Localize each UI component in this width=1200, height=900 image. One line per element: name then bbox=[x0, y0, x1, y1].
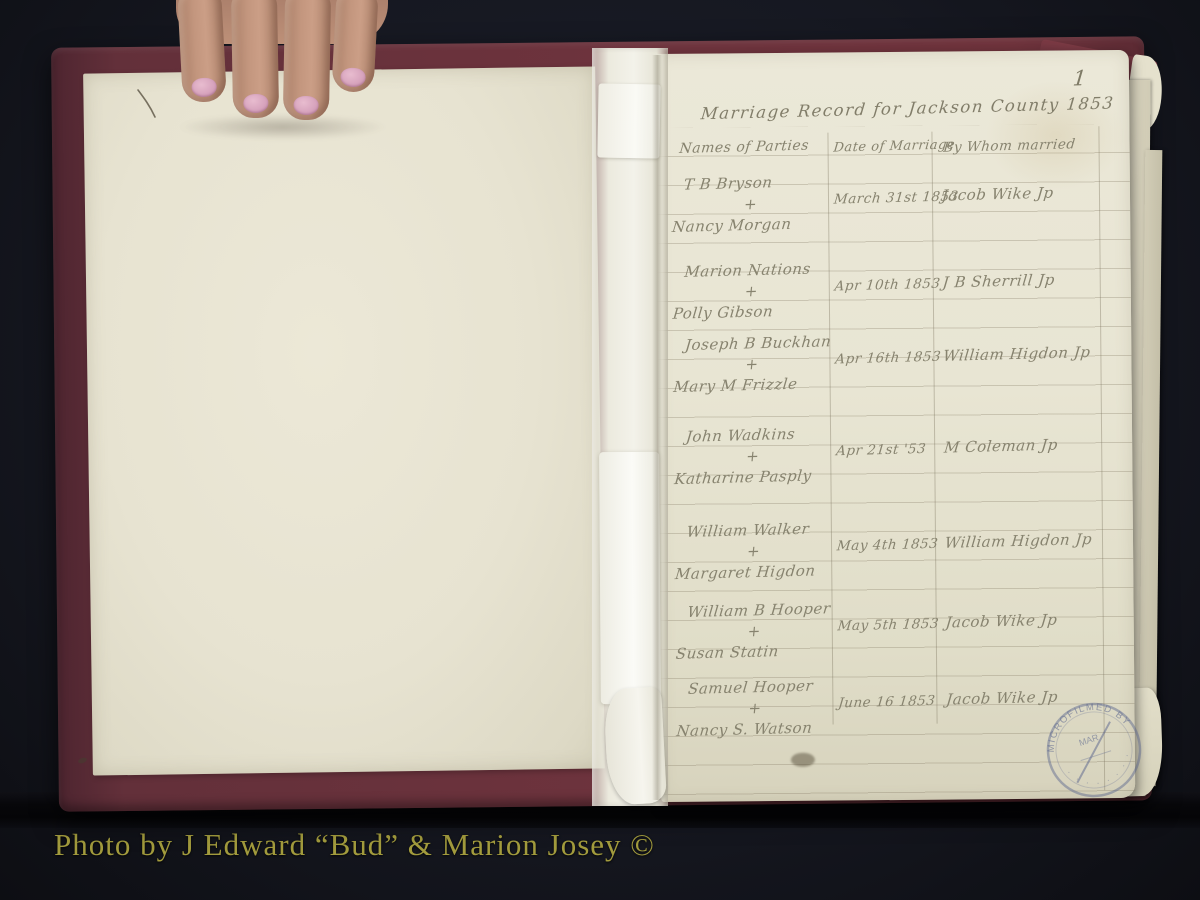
officiant-name: J B Sherrill Jp bbox=[942, 271, 1056, 292]
officiant-name: M Coleman Jp bbox=[943, 436, 1058, 457]
groom-name: Samuel Hooper bbox=[687, 677, 814, 698]
fingernail bbox=[191, 77, 217, 97]
marriage-date: June 16 1853 bbox=[838, 693, 937, 712]
finger bbox=[283, 0, 331, 120]
photo-credit-caption: Photo by J Edward “Bud” & Marion Josey © bbox=[54, 827, 655, 863]
officiant-name: William Higdon Jp bbox=[942, 343, 1091, 365]
bride-name: Nancy S. Watson bbox=[676, 719, 814, 741]
joiner-plus: + bbox=[747, 622, 762, 640]
gutter-crease bbox=[652, 55, 662, 800]
left-blank-page bbox=[83, 66, 605, 775]
marriage-date: Apr 21st '53 bbox=[835, 441, 927, 459]
groom-name: T B Bryson bbox=[683, 173, 774, 193]
hand-shadow bbox=[178, 114, 388, 140]
marriage-record-row: William B Hooper + Susan Statin May 5th … bbox=[660, 598, 1135, 674]
stamp-arc-dots: · · · · · · · · bbox=[1063, 748, 1140, 797]
hand bbox=[168, 0, 398, 146]
officiant-name: Jacob Wike Jp bbox=[945, 611, 1059, 632]
joiner-plus: + bbox=[746, 542, 761, 560]
finger bbox=[231, 0, 279, 118]
page-number: 1 bbox=[1072, 66, 1088, 90]
bride-name: Nancy Morgan bbox=[671, 215, 792, 236]
marriage-register-page: 1 Marriage Record for Jackson County 185… bbox=[655, 50, 1136, 802]
marriage-record-row: John Wadkins + Katharine Pasply Apr 21st… bbox=[658, 423, 1133, 499]
marriage-date: Apr 16th 1853 bbox=[835, 349, 942, 368]
marriage-record-row: T B Bryson + Nancy Morgan March 31st 185… bbox=[656, 171, 1131, 247]
officiant-name: Jacob Wike Jp bbox=[941, 184, 1055, 205]
bride-name: Susan Statin bbox=[675, 642, 780, 663]
marriage-date: May 5th 1853 bbox=[837, 616, 940, 635]
groom-name: William Walker bbox=[686, 520, 810, 541]
groom-name: Joseph B Buckhan bbox=[684, 332, 832, 354]
bride-name: Polly Gibson bbox=[672, 302, 774, 323]
groom-name: Marion Nations bbox=[684, 260, 812, 281]
finger bbox=[177, 0, 227, 103]
joiner-plus: + bbox=[745, 447, 760, 465]
marriage-date: May 4th 1853 bbox=[836, 536, 939, 555]
officiant-name: William Higdon Jp bbox=[944, 530, 1093, 552]
column-header-date: Date of Marriage bbox=[833, 137, 956, 155]
bride-name: Katharine Pasply bbox=[673, 467, 812, 489]
ink-smudge bbox=[791, 753, 815, 767]
pen-mark bbox=[134, 88, 160, 120]
svg-text:· · · · · · · ·: · · · · · · · · bbox=[1063, 748, 1140, 797]
fingernail bbox=[243, 94, 268, 113]
joiner-plus: + bbox=[744, 282, 759, 300]
joiner-plus: + bbox=[745, 355, 760, 373]
fingernail bbox=[293, 96, 318, 115]
officiant-name: Jacob Wike Jp bbox=[945, 688, 1059, 709]
marriage-record-row: Marion Nations + Polly Gibson Apr 10th 1… bbox=[657, 258, 1132, 334]
column-header-names: Names of Parties bbox=[679, 138, 810, 157]
finger bbox=[331, 0, 378, 93]
marriage-record-row: Joseph B Buckhan + Mary M Frizzle Apr 16… bbox=[657, 331, 1132, 407]
joiner-plus: + bbox=[743, 195, 758, 213]
marriage-record-row: William Walker + Margaret Higdon May 4th… bbox=[659, 518, 1134, 594]
groom-name: William B Hooper bbox=[687, 599, 832, 621]
bride-name: Margaret Higdon bbox=[674, 561, 816, 583]
bride-name: Mary M Frizzle bbox=[673, 375, 799, 396]
groom-name: John Wadkins bbox=[685, 425, 796, 446]
fingernail bbox=[340, 67, 366, 87]
marriage-date: March 31st 1853 bbox=[833, 188, 959, 207]
joiner-plus: + bbox=[748, 699, 763, 717]
marriage-date: Apr 10th 1853 bbox=[834, 276, 941, 295]
